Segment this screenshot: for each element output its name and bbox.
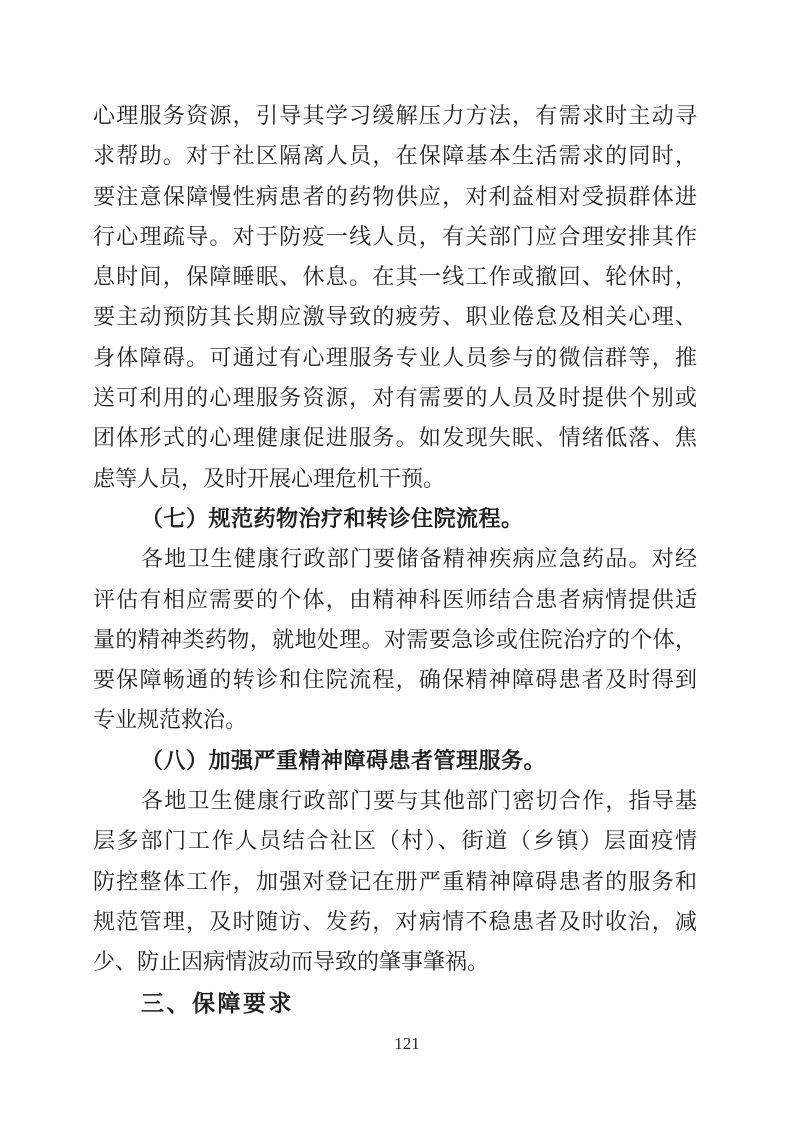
text-line: 各地卫生健康行政部门要与其他部门密切合作，指导基 [93,781,697,821]
text-column: 心理服务资源，引导其学习缓解压力方法，有需求时主动寻求帮助。对于社区隔离人员，在… [93,96,697,1023]
text-line: 行心理疏导。对于防疫一线人员，有关部门应合理安排其作 [93,217,697,257]
text-line: 送可利用的心理服务资源，对有需要的人员及时提供个别或 [93,378,697,418]
text-line: 量的精神类药物，就地处理。对需要急诊或住院治疗的个体， [93,620,697,660]
text-line: 评估有相应需要的个体，由精神科医师结合患者病情提供适 [93,580,697,620]
text-line: 息时间，保障睡眠、休息。在其一线工作或撤回、轮休时， [93,257,697,297]
text-line: 专业规范救治。 [93,700,697,740]
text-line: 心理服务资源，引导其学习缓解压力方法，有需求时主动寻 [93,96,697,136]
text-line: 团体形式的心理健康促进服务。如发现失眠、情绪低落、焦 [93,418,697,458]
text-line: 求帮助。对于社区隔离人员，在保障基本生活需求的同时， [93,136,697,176]
text-line: 层多部门工作人员结合社区（村）、街道（乡镇）层面疫情 [93,821,697,861]
section-heading: （八）加强严重精神障碍患者管理服务。 [93,741,697,781]
chapter-heading: 三、保障要求 [93,983,697,1023]
text-line: 要保障畅通的转诊和住院流程，确保精神障碍患者及时得到 [93,660,697,700]
text-line: 少、防止因病情波动而导致的肇事肇祸。 [93,942,697,982]
document-page: 心理服务资源，引导其学习缓解压力方法，有需求时主动寻求帮助。对于社区隔离人员，在… [0,0,793,1122]
text-line: 虑等人员，及时开展心理危机干预。 [93,459,697,499]
text-line: 规范管理，及时随访、发药，对病情不稳患者及时收治，减 [93,902,697,942]
text-line: 要主动预防其长期应激导致的疲劳、职业倦怠及相关心理、 [93,297,697,337]
text-line: 防控整体工作，加强对登记在册严重精神障碍患者的服务和 [93,862,697,902]
text-line: 各地卫生健康行政部门要储备精神疾病应急药品。对经 [93,539,697,579]
text-line: 身体障碍。可通过有心理服务专业人员参与的微信群等，推 [93,338,697,378]
text-line: 要注意保障慢性病患者的药物供应，对利益相对受损群体进 [93,177,697,217]
page-number: 121 [0,1034,793,1054]
section-heading: （七）规范药物治疗和转诊住院流程。 [93,499,697,539]
